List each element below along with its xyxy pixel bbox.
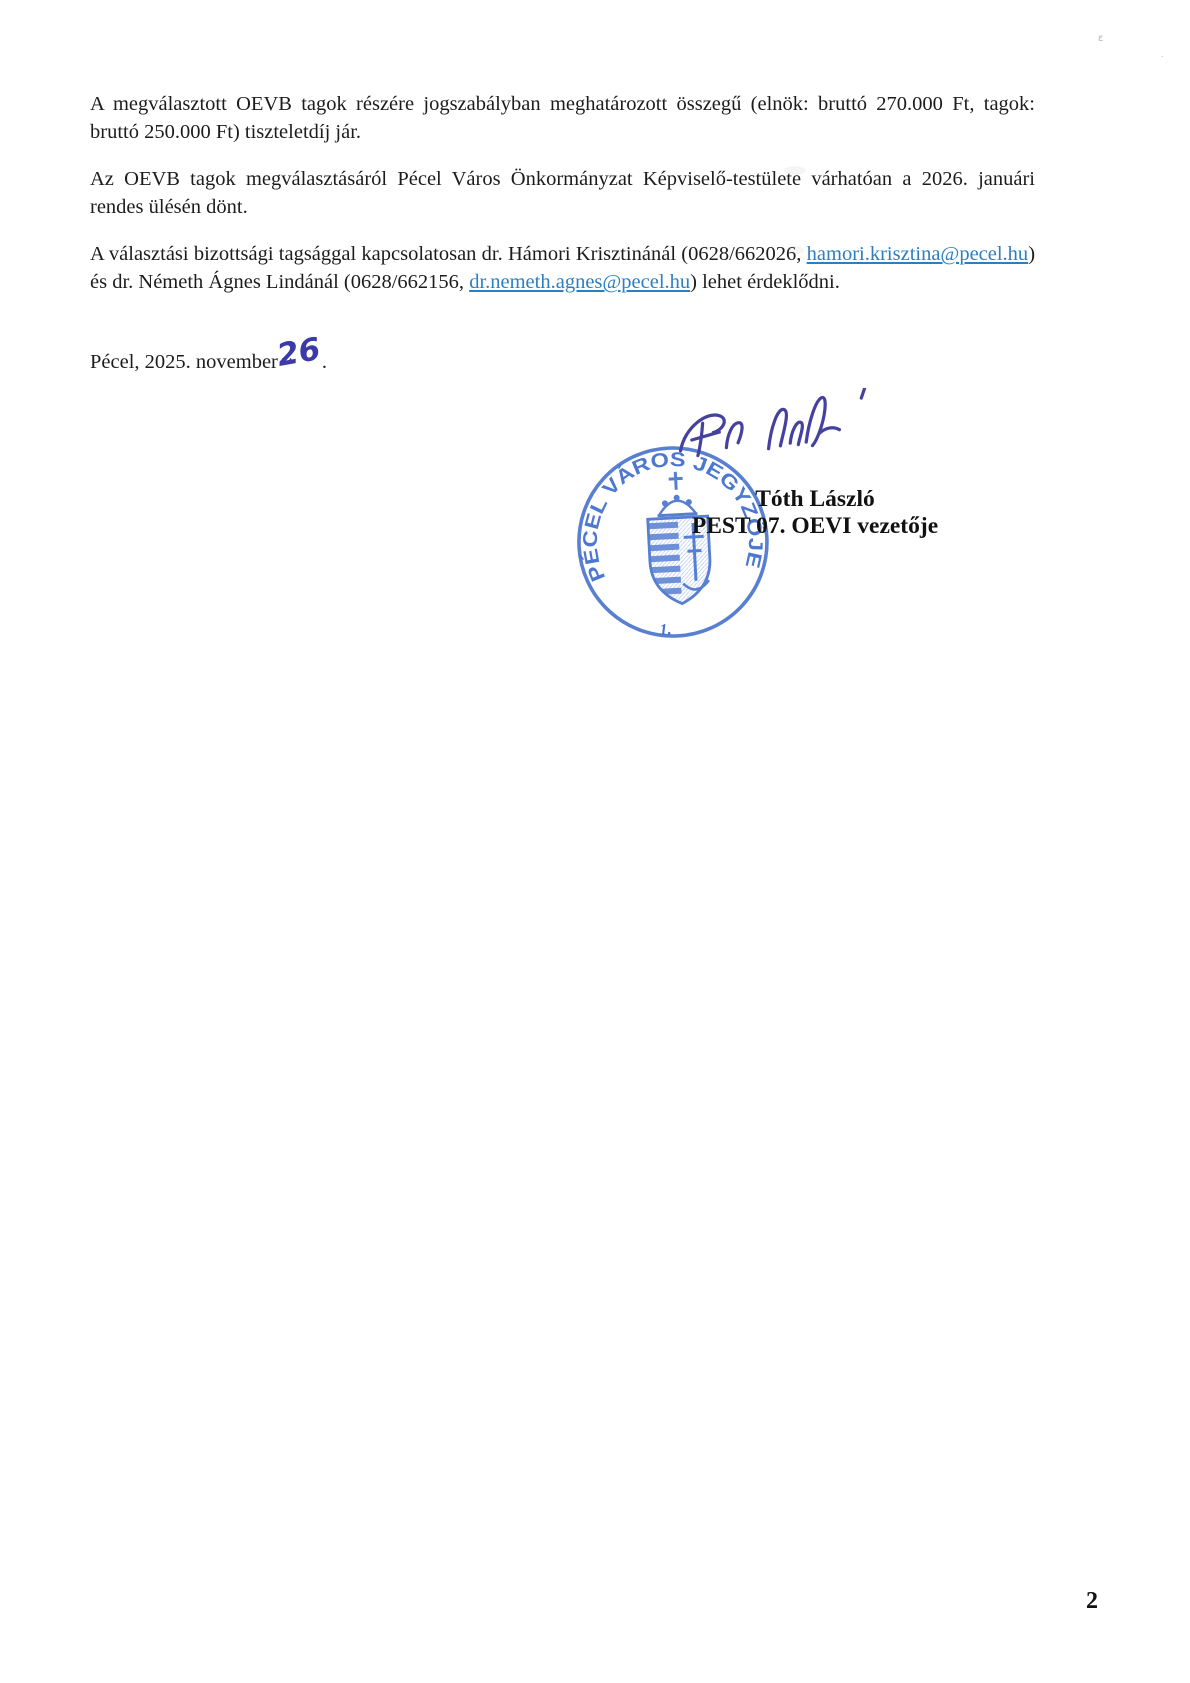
signatory-block: Tóth László PEST 07. OEVI vezetője xyxy=(645,486,985,540)
scan-artifact: . xyxy=(1161,50,1164,59)
contact-text-3: ) lehet érdeklődni. xyxy=(690,271,840,293)
stamp-number: 1. xyxy=(659,621,672,639)
paragraph-contact: A választási bizottsági tagsággal kapcso… xyxy=(90,240,1035,296)
date-day-slot: ..26 xyxy=(278,340,322,368)
signature-ink xyxy=(668,388,888,493)
paragraph-election-decision: Az OEVB tagok megválasztásáról Pécel Vár… xyxy=(90,165,1035,221)
date-printed-text: Pécel, 2025. november xyxy=(90,351,278,373)
paragraph-compensation: A megválasztott OEVB tagok részére jogsz… xyxy=(90,90,1035,146)
email-link-hamori-krisztina[interactable]: hamori.krisztina@pecel.hu xyxy=(807,243,1029,265)
signatory-title: PEST 07. OEVI vezetője xyxy=(645,513,985,540)
scan-artifact: ε xyxy=(1098,33,1103,44)
scan-smudge xyxy=(786,246,804,254)
email-link-dr-nemeth-agnes[interactable]: dr.nemeth.agnes@pecel.hu xyxy=(469,271,690,293)
page-number: 2 xyxy=(1086,1588,1098,1615)
document-page: A megválasztott OEVB tagok részére jogsz… xyxy=(0,0,1190,1683)
date-suffix-period: . xyxy=(322,351,327,373)
contact-text-1: A választási bizottsági tagsággal kapcso… xyxy=(90,243,801,265)
scan-smudge xyxy=(784,166,806,175)
document-body: A megválasztott OEVB tagok részére jogsz… xyxy=(90,90,1035,397)
date-line: Pécel, 2025. november..26. xyxy=(90,340,1035,376)
handwritten-day: 26 xyxy=(275,335,322,370)
